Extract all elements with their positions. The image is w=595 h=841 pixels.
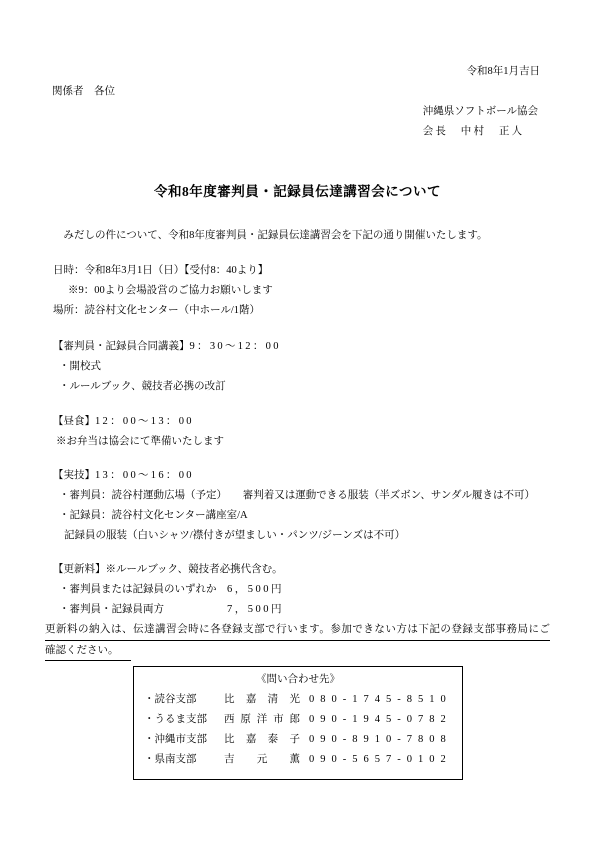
datetime-line: 日時：令和8年3月1日（日）【受付8：40より】 xyxy=(45,261,550,281)
contact-person-name: 比嘉清光 xyxy=(224,690,300,710)
contact-row: ・県南支部 吉元薫 090-5657-0102 xyxy=(134,750,462,770)
contact-phone: 090-5657-0102 xyxy=(309,750,452,770)
contact-person-name: 吉元薫 xyxy=(224,750,300,770)
practical-umpire-line: ・審判員：読谷村運動広場（予定） 審判着又は運動できる服装（半ズボン、サンダル履… xyxy=(45,486,550,506)
practical-recorder-line: ・記録員：読谷村文化センター講座室/A xyxy=(45,506,550,526)
contact-heading: 《問い合わせ先》 xyxy=(134,670,462,690)
date-line: 令和8年1月吉日 xyxy=(45,62,550,82)
fee-label: ・審判員または記録員のいずれか xyxy=(59,580,227,600)
document-title: 令和8年度審判員・記録員伝達講習会について xyxy=(45,182,550,202)
lunch-heading-time: 12：00～13：00 xyxy=(95,416,194,427)
contact-row: ・うるま支部 西原洋市郎 090-1945-0782 xyxy=(134,710,462,730)
practical-heading-label: 【実技】 xyxy=(53,470,95,481)
fee-row: ・審判員・記録員両方 7，500円 xyxy=(45,600,550,620)
lecture-heading-label: 【審判員・記録員合同講義】 xyxy=(53,341,190,352)
renewal-heading: 【更新料】※ルールブック、競技者必携代含む。 xyxy=(45,560,550,580)
lecture-heading: 【審判員・記録員合同講義】9：30～12：00 xyxy=(45,337,550,357)
contact-phone: 090-8910-7808 xyxy=(309,730,452,750)
intro-paragraph: みだしの件について、令和8年度審判員・記録員伝達講習会を下記の通り開催いたします… xyxy=(45,226,550,246)
renewal-note-line1: 更新料の納入は、伝達講習会時に各登録支部で行います。参加できない方は下記の登録支… xyxy=(45,620,550,641)
fee-price: 7，500円 xyxy=(227,600,284,620)
contact-row: ・読谷支部 比嘉清光 080-1745-8510 xyxy=(134,690,462,710)
contact-branch: ・沖縄市支部 xyxy=(144,730,224,750)
lecture-item: ・ルールブック、競技者必携の改訂 xyxy=(45,377,550,397)
practical-heading: 【実技】13：00～16：00 xyxy=(45,466,550,486)
contact-row: ・沖縄市支部 比嘉泰子 090-8910-7808 xyxy=(134,730,462,750)
contact-person-name: 比嘉泰子 xyxy=(224,730,300,750)
sender-inner: 沖縄県ソフトボール協会 会長 中村 正人 xyxy=(423,102,538,142)
contact-branch: ・県南支部 xyxy=(144,750,224,770)
renewal-note-line2: 確認ください。 xyxy=(45,641,550,661)
lunch-heading: 【昼食】12：00～13：00 xyxy=(45,412,550,432)
sender-president: 会長 中村 正人 xyxy=(423,122,538,142)
practical-heading-time: 13：00～16：00 xyxy=(95,470,194,481)
contact-person-name: 西原洋市郎 xyxy=(224,710,300,730)
contact-phone: 090-1945-0782 xyxy=(309,710,452,730)
lecture-heading-time: 9：30～12：00 xyxy=(190,341,281,352)
practical-recorder-dress-line: 記録員の服装（白いシャツ/襟付きが望ましい・パンツ/ジーンズは不可） xyxy=(45,526,550,546)
sender-block: 沖縄県ソフトボール協会 会長 中村 正人 xyxy=(45,102,550,142)
contact-phone: 080-1745-8510 xyxy=(309,690,452,710)
setup-note-line: ※9：00より会場設営のご協力お願いします xyxy=(45,281,550,301)
fee-label: ・審判員・記録員両方 xyxy=(59,600,227,620)
fee-row: ・審判員または記録員のいずれか 6，500円 xyxy=(45,580,550,600)
renewal-note-line2-text: 確認ください。 xyxy=(45,641,131,661)
place-line: 場所：読谷村文化センター（中ホール/1階） xyxy=(45,301,550,321)
sender-organization: 沖縄県ソフトボール協会 xyxy=(423,102,538,122)
lunch-note-line: ※お弁当は協会にて準備いたします xyxy=(45,432,550,452)
fee-price: 6，500円 xyxy=(227,580,284,600)
contact-branch: ・読谷支部 xyxy=(144,690,224,710)
recipient-line: 関係者 各位 xyxy=(45,82,550,102)
lecture-item: ・開校式 xyxy=(45,357,550,377)
contact-box: 《問い合わせ先》 ・読谷支部 比嘉清光 080-1745-8510 ・うるま支部… xyxy=(133,666,463,780)
lunch-heading-label: 【昼食】 xyxy=(53,416,95,427)
contact-branch: ・うるま支部 xyxy=(144,710,224,730)
document-page: 令和8年1月吉日 関係者 各位 沖縄県ソフトボール協会 会長 中村 正人 令和8… xyxy=(0,0,595,841)
